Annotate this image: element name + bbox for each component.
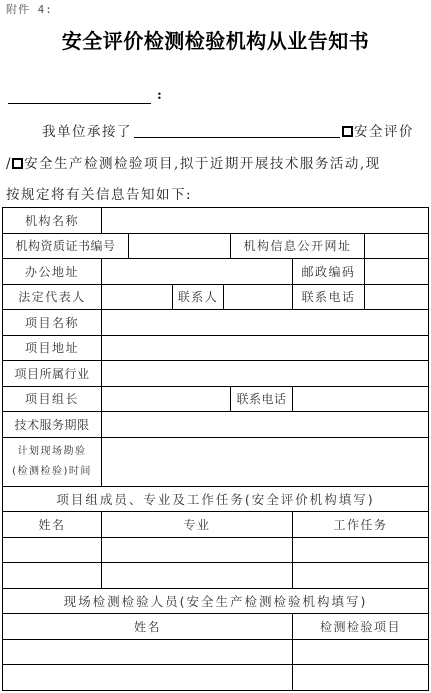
legal-rep-label: 法定代表人 [3,284,102,310]
notice-form-table: 机构名称 机构资质证书编号 机构信息公开网址 办公地址 邮政编码 法定代表人 联… [2,207,429,691]
contact-person-label: 联系人 [173,284,224,310]
row-project-name: 项目名称 [3,310,429,336]
team-member-name-field[interactable] [3,563,102,589]
inspect-header-name: 姓名 [3,614,293,640]
team-header-task: 工作任务 [293,512,429,538]
office-address-label: 办公地址 [3,259,102,285]
postcode-field[interactable] [365,259,429,285]
team-member-specialty-field[interactable] [102,563,293,589]
safety-evaluation-checkbox[interactable] [342,126,353,137]
survey-time-label-line-1: 计划现场勘验 [3,442,101,462]
leader-phone-field[interactable] [293,386,429,412]
postcode-label: 邮政编码 [293,259,365,285]
org-url-label: 机构信息公开网址 [231,233,365,259]
org-cert-label: 机构资质证书编号 [3,233,129,259]
office-address-field[interactable] [102,259,293,285]
inspector-row [3,639,429,665]
team-member-row [3,563,429,589]
survey-time-field[interactable] [102,437,429,486]
row-service-period: 技术服务期限 [3,412,429,438]
project-industry-label: 项目所属行业 [3,361,102,387]
row-office-address: 办公地址 邮政编码 [3,259,429,285]
team-member-name-field[interactable] [3,537,102,563]
row-org-name: 机构名称 [3,208,429,234]
org-name-field[interactable] [102,208,429,234]
inspection-testing-option-text: 安全生产检测检验项目,拟于近期开展技术服务活动,现 [24,156,381,172]
row-inspect-headers: 姓名 检测检验项目 [3,614,429,640]
team-header-name: 姓名 [3,512,102,538]
survey-time-label: 计划现场勘验 (检测检验)时间 [3,437,102,486]
project-industry-field[interactable] [102,361,429,387]
contact-phone-field[interactable] [365,284,429,310]
team-member-task-field[interactable] [293,537,429,563]
org-url-field[interactable] [365,233,429,259]
row-project-leader: 项目组长 联系电话 [3,386,429,412]
body-paragraph-line-2: /安全生产检测检验项目,拟于近期开展技术服务活动,现 [6,152,426,172]
project-address-label: 项目地址 [3,335,102,361]
attachment-label: 附件 4: [6,1,53,17]
inspector-name-field[interactable] [3,665,293,691]
inspector-name-field[interactable] [3,639,293,665]
addressee-blank-field[interactable] [8,90,151,104]
row-org-cert: 机构资质证书编号 机构信息公开网址 [3,233,429,259]
project-name-label: 项目名称 [3,310,102,336]
inspector-row [3,665,429,691]
team-member-specialty-field[interactable] [102,537,293,563]
body-closing-text: 按规定将有关信息告知如下: [6,187,192,203]
inspector-item-field[interactable] [293,639,429,665]
survey-time-label-line-2: (检测检验)时间 [3,462,101,482]
team-member-task-field[interactable] [293,563,429,589]
legal-rep-field[interactable] [102,284,173,310]
row-project-industry: 项目所属行业 [3,361,429,387]
addressee-colon: : [157,88,162,103]
project-leader-label: 项目组长 [3,386,102,412]
row-inspect-section-title: 现场检测检验人员(安全生产检测检验机构填写) [3,588,429,614]
org-cert-field[interactable] [129,233,231,259]
row-survey-time: 计划现场勘验 (检测检验)时间 [3,437,429,486]
inspect-section-title: 现场检测检验人员(安全生产检测检验机构填写) [3,588,429,614]
safety-evaluation-option-label: 安全评价 [354,124,414,140]
org-name-label: 机构名称 [3,208,102,234]
body-paragraph-line-3: 按规定将有关信息告知如下: [6,183,426,203]
row-team-headers: 姓名 专业 工作任务 [3,512,429,538]
leader-phone-label: 联系电话 [231,386,293,412]
contact-phone-label: 联系电话 [293,284,365,310]
body-paragraph-line-1: 我单位承接了安全评价 [42,120,431,140]
service-period-label: 技术服务期限 [3,412,102,438]
contact-person-field[interactable] [224,284,293,310]
team-member-row [3,537,429,563]
inspection-testing-checkbox[interactable] [12,158,23,169]
body-prefix-text: 我单位承接了 [42,124,132,140]
notice-document: 附件 4: 安全评价检测检验机构从业告知书 : 我单位承接了安全评价 /安全生产… [0,0,431,693]
project-leader-field[interactable] [102,386,231,412]
inspector-item-field[interactable] [293,665,429,691]
document-title: 安全评价检测检验机构从业告知书 [0,25,431,54]
row-project-address: 项目地址 [3,335,429,361]
inspect-header-item: 检测检验项目 [293,614,429,640]
row-team-section-title: 项目组成员、专业及工作任务(安全评价机构填写) [3,486,429,512]
project-name-field[interactable] [102,310,429,336]
service-period-field[interactable] [102,412,429,438]
team-header-specialty: 专业 [102,512,293,538]
row-legal-rep: 法定代表人 联系人 联系电话 [3,284,429,310]
team-section-title: 项目组成员、专业及工作任务(安全评价机构填写) [3,486,429,512]
project-name-blank-field[interactable] [134,124,340,138]
project-address-field[interactable] [102,335,429,361]
